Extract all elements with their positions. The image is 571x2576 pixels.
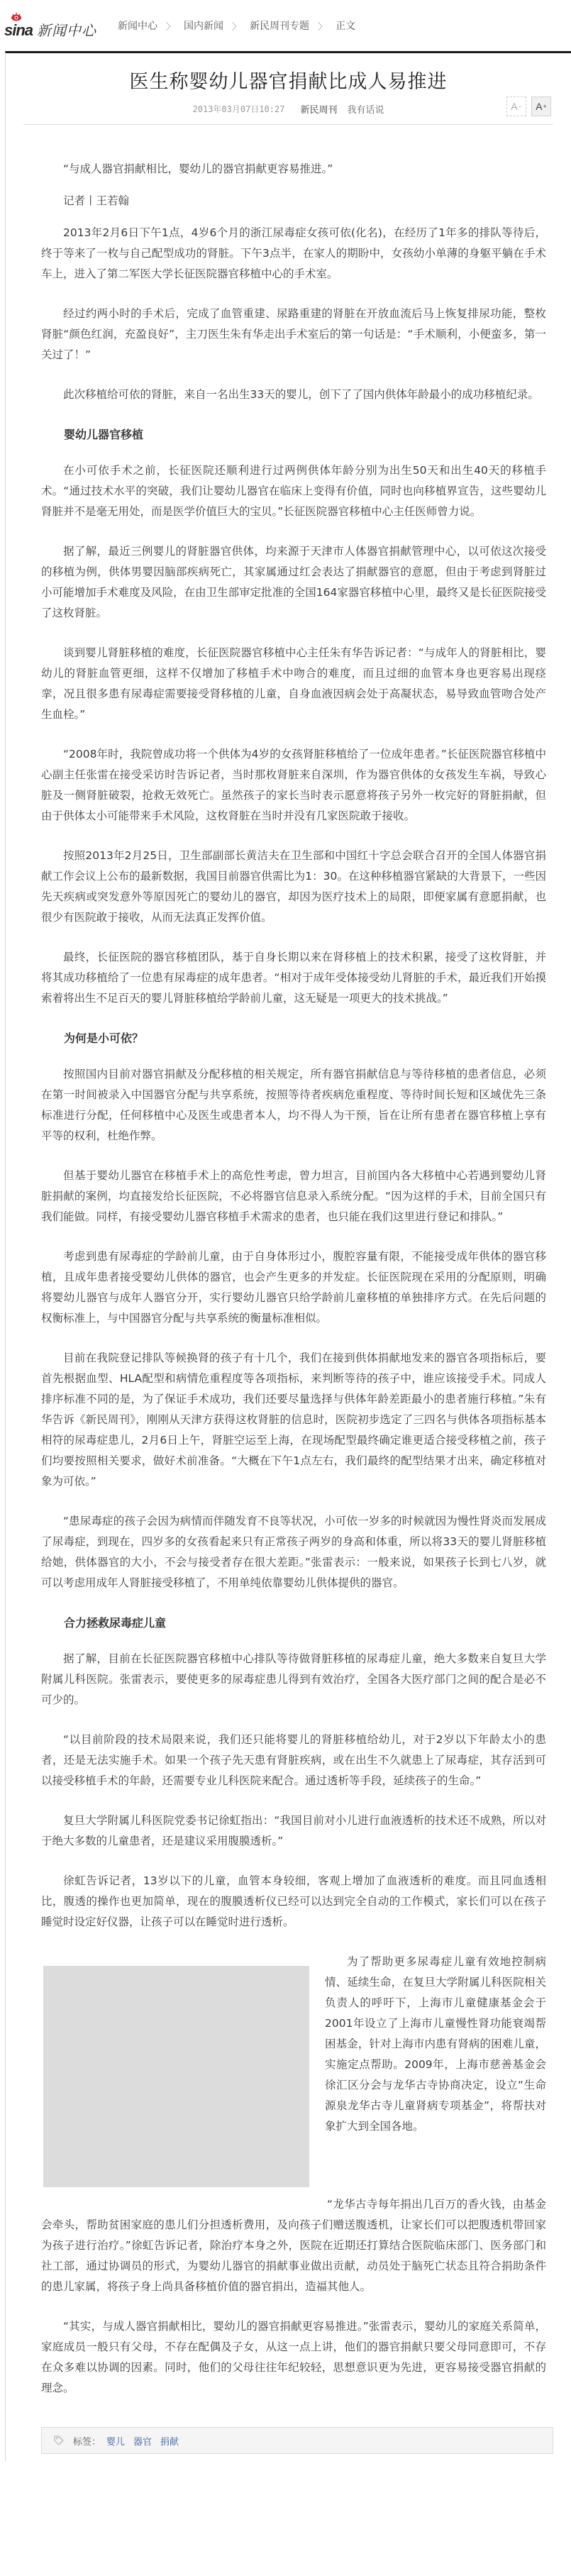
figure-block: 为了帮助更多尿毒症儿童有效地控制病情、延续生命，在复旦大学附属儿科医院相关负责人… (41, 1952, 546, 2191)
comment-link[interactable]: 我有话说 (347, 102, 384, 116)
byline: 记者丨王若翰 (41, 191, 546, 211)
minus-icon: − (519, 103, 522, 110)
paragraph: 复旦大学附属儿科医院党委书记徐虹指出：“我国目前对小儿进行血液透析的技术还不成熟… (41, 1811, 546, 1852)
paragraph: 经过约两小时的手术后，完成了血管重建、尿路重建的肾脏在开放血流后马上恢复排尿功能… (41, 304, 546, 365)
site-header: sina 新闻中心 新闻中心 〉 国内新闻 〉 新民周刊专题 〉 正文 (0, 0, 571, 51)
article-body: “与成人器官捐献相比，婴幼儿的器官捐献更容易推进。” 记者丨王若翰 2013年2… (6, 125, 571, 2399)
article-meta: 2013年03月07日10:27 新民周刊 我有话说 A− A+ (23, 94, 553, 125)
paragraph: 按照国内目前对器官捐献及分配移植的相关规定，所有器官捐献信息与等待移植的患者信息… (41, 1064, 546, 1146)
tag-link-donation[interactable]: 捐献 (160, 2434, 179, 2448)
breadcrumb-separator: 〉 (318, 19, 327, 33)
paragraph: 目前在我院登记排队等候换肾的孩子有十几个，我们在接到供体捐献地发来的器官各项指标… (41, 1348, 546, 1492)
breadcrumb-domestic-news[interactable]: 国内新闻 (184, 18, 223, 33)
paragraph: 但基于婴幼儿器官在移植手术上的高危性考虑，曾力坦言，目前国内各大移植中心若遇到婴… (41, 1166, 546, 1227)
breadcrumb: 新闻中心 〉 国内新闻 〉 新民周刊专题 〉 正文 (118, 18, 355, 33)
breadcrumb-separator: 〉 (166, 19, 175, 33)
paragraph: 2013年2月6日下午1点，4岁6个月的浙江尿毒症女孩可依(化名)，在经历了1年… (41, 223, 546, 284)
paragraph: 据了解，最近三例婴儿的肾脏器官供体，均来源于天津市人体器官捐献管理中心，以可依这… (41, 541, 546, 624)
paragraph: 据了解，目前在长征医院器官移植中心排队等待做肾脏移植的尿毒症儿童，绝大多数来自复… (41, 1649, 546, 1710)
sina-eye-icon (10, 11, 23, 21)
source-link[interactable]: 新民周刊 (300, 102, 337, 116)
tag-link-organ[interactable]: 器官 (133, 2434, 152, 2448)
article-frame: 医生称婴幼儿器官捐献比成人易推进 2013年03月07日10:27 新民周刊 我… (5, 51, 571, 2461)
section-heading: 婴幼儿器官移植 (41, 424, 546, 445)
sina-wordmark: sina (4, 21, 33, 40)
publish-date: 2013年03月07日10:27 (193, 103, 285, 115)
paragraph: “2008年时，我院曾成功将一个供体为4岁的女孩肾脏移植给了一位成年患者。”长征… (41, 744, 546, 827)
font-decrease-icon: A (511, 101, 517, 112)
paragraph: 按照2013年2月25日，卫生部副部长黄洁夫在卫生部和中国红十字总会联合召开的全… (41, 846, 546, 928)
paragraph: 此次移植给可依的肾脏，来自一名出生33天的婴儿，创下了了国内供体年龄最小的成功移… (41, 385, 546, 405)
plus-icon: + (543, 103, 547, 110)
paragraph: 谈到婴儿肾脏移植的难度，长征医院器官移植中心主任朱有华告诉记者：“与成年人的肾脏… (41, 643, 546, 725)
closing-paragraph: “其实，与成人器官捐献相比，婴幼儿的器官捐献更容易推进。”张雷表示，婴幼儿的家庭… (41, 2316, 546, 2399)
paragraph: “龙华古寺每年捐出几百万的香火钱，由基金会牵头，帮助贫困家庭的患儿们分担透析费用… (41, 2194, 546, 2297)
font-decrease-button[interactable]: A− (506, 96, 526, 116)
sina-news-logo[interactable]: sina 新闻中心 (4, 11, 96, 40)
font-increase-icon: A (536, 101, 542, 112)
paragraph: “以目前阶段的技术局限来说，我们还只能将婴儿的肾脏移植给幼儿，对于2岁以下年龄太… (41, 1730, 546, 1791)
tag-icon (53, 2435, 65, 2446)
breadcrumb-xinmin-weekly[interactable]: 新民周刊专题 (250, 18, 309, 33)
font-increase-button[interactable]: A+ (531, 96, 551, 116)
breadcrumb-current: 正文 (336, 18, 355, 33)
paragraph: 徐虹告诉记者，13岁以下的儿童，血管本身较细，客观上增加了血液透析的难度。而且同… (41, 1871, 546, 1933)
section-heading: 为何是小可依？ (41, 1028, 546, 1049)
tag-link-infant[interactable]: 婴儿 (106, 2434, 125, 2448)
paragraph: 考虑到患有尿毒症的学龄前儿童，由于自身体形过小，腹腔容量有限，不能接受成年供体的… (41, 1246, 546, 1329)
logo-section-text: 新闻中心 (37, 19, 96, 40)
breadcrumb-separator: 〉 (232, 19, 241, 33)
font-size-controls: A− A+ (506, 96, 551, 116)
paragraph: 在小可依手术之前，长征医院还顺利进行过两例供体年龄分别为出生50天和出生40天的… (41, 460, 546, 522)
breadcrumb-news-center[interactable]: 新闻中心 (118, 18, 157, 33)
paragraph: “患尿毒症的孩子会因为病情而伴随发育不良等状况，小可依一岁多的时候就因为慢性肾炎… (41, 1511, 546, 1593)
tags-label: 标签： (73, 2434, 101, 2448)
logo-brand-text: sina (4, 21, 33, 39)
article-image-placeholder (43, 1966, 309, 2187)
section-heading: 合力拯救尿毒症儿童 (41, 1613, 546, 1633)
article-title: 医生称婴幼儿器官捐献比成人易推进 (6, 66, 571, 94)
lead-quote: “与成人器官捐献相比，婴幼儿的器官捐献更容易推进。” (41, 159, 546, 179)
tag-bar: 标签： 婴儿 器官 捐献 (41, 2427, 553, 2454)
paragraph: 最终，长征医院的器官移植团队，基于自身长期以来在肾移植上的技术积累，接受了这枚肾… (41, 947, 546, 1009)
